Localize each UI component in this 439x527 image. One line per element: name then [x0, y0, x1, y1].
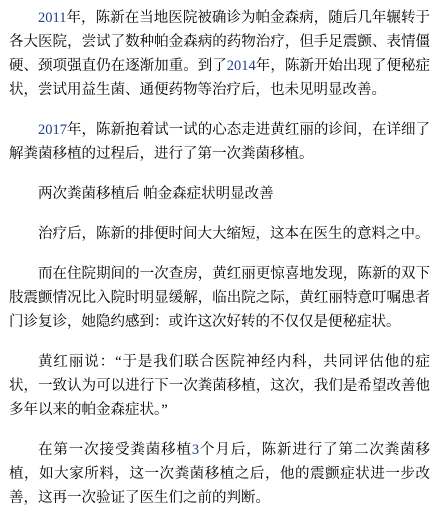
- paragraph: 而在住院期间的一次查房，黄红丽更惊喜地发现，陈新的双下肢震颤情况比入院时明显缓解…: [9, 262, 430, 334]
- paragraph: 在第一次接受粪菌移植3个月后，陈新进行了第二次粪菌移植，如大家所料，这一次粪菌移…: [9, 438, 430, 510]
- text-run: 两次粪菌移植后 帕金森症状明显改善: [38, 186, 274, 202]
- number-highlight: 2011: [38, 10, 66, 26]
- subheading: 两次粪菌移植后 帕金森症状明显改善: [9, 182, 430, 206]
- text-run: 黄红丽说：“于是我们联合医院神经内科，共同评估他的症状，一致认为可以进行下一次粪…: [9, 354, 430, 418]
- paragraph: 2011年，陈新在当地医院被确诊为帕金森病，随后几年辗转于各大医院，尝试了数种帕…: [9, 6, 430, 102]
- article-page: 2011年，陈新在当地医院被确诊为帕金森病，随后几年辗转于各大医院，尝试了数种帕…: [0, 0, 439, 527]
- text-run: 而在住院期间的一次查房，黄红丽更惊喜地发现，陈新的双下肢震颤情况比入院时明显缓解…: [9, 266, 430, 330]
- number-highlight: 2017: [38, 122, 67, 138]
- text-run: 在第一次接受粪菌移植: [38, 442, 192, 458]
- paragraph: 2017年，陈新抱着试一试的心态走进黄红丽的诊间，在详细了解粪菌移植的过程后，进…: [9, 118, 430, 166]
- text-run: 治疗后，陈新的排便时间大大缩短，这本在医生的意料之中。: [38, 226, 430, 242]
- paragraph: 治疗后，陈新的排便时间大大缩短，这本在医生的意料之中。: [9, 222, 430, 246]
- number-highlight: 2014: [227, 58, 256, 74]
- text-run: 年，陈新抱着试一试的心态走进黄红丽的诊间，在详细了解粪菌移植的过程后，进行了第一…: [9, 122, 430, 162]
- paragraph: 黄红丽说：“于是我们联合医院神经内科，共同评估他的症状，一致认为可以进行下一次粪…: [9, 350, 430, 422]
- article-body: 2011年，陈新在当地医院被确诊为帕金森病，随后几年辗转于各大医院，尝试了数种帕…: [0, 0, 439, 510]
